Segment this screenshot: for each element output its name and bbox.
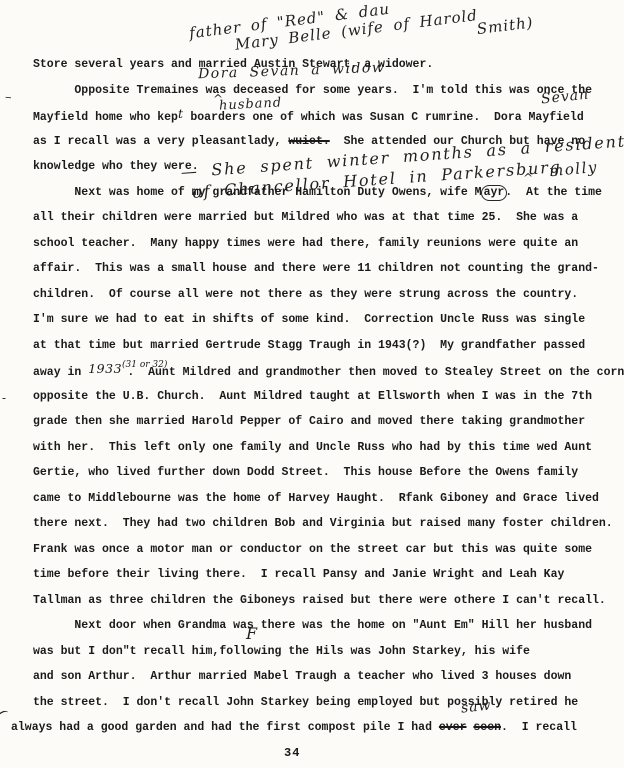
typed-text: opposite the U.B. Church. Aunt Mildred t… — [33, 390, 592, 403]
typed-line: affair. This was a small house and there… — [33, 256, 624, 282]
typed-text: Next was home of my grandfather Hamilton… — [33, 186, 482, 199]
typed-line: away in 1933(31 or 32). Aunt Mildred and… — [33, 358, 624, 384]
typed-text: Opposite Tremaines was deceased for some… — [33, 84, 592, 97]
typed-line: grade then she married Harold Pepper of … — [33, 409, 624, 435]
typed-text: came to Middlebourne was the home of Har… — [33, 492, 599, 505]
typed-text: children. Of course all were not there a… — [33, 288, 578, 301]
typed-line: time before their living there. I recall… — [33, 562, 624, 588]
typed-text: Mayfield home who kep — [33, 111, 178, 124]
typed-line: knowledge who they were. — [33, 154, 624, 180]
typed-text: Next door when Grandma was there was the… — [33, 619, 592, 632]
typed-line: always had a good garden and had the fir… — [11, 715, 624, 741]
typed-line: as I recall was a very pleasantlady, wui… — [33, 129, 624, 155]
typed-text: Frank was once a motor man or conductor … — [33, 543, 592, 556]
typed-text: I'm sure we had to eat in shifts of some… — [33, 313, 585, 326]
typed-line: Next was home of my grandfather Hamilton… — [33, 180, 624, 206]
typed-text: time before their living there. I recall… — [33, 568, 564, 581]
typed-line: with her. This left only one family and … — [33, 435, 624, 461]
typed-text: all their children were married but Mild… — [33, 211, 578, 224]
stray-pen-mark: ( — [0, 708, 9, 720]
circled-text: ayr — [481, 185, 508, 201]
typed-text: . Aunt Mildred and grandmother then move… — [127, 366, 624, 379]
typed-text: always had a good garden and had the fir… — [11, 721, 439, 734]
typed-line: and son Arthur. Arthur married Mabel Tra… — [33, 664, 624, 690]
typed-line: Frank was once a motor man or conductor … — [33, 537, 624, 563]
typed-text: Store several years and married Austin S… — [33, 58, 433, 71]
typed-text: boarders one of which was Susan C rumrin… — [183, 111, 583, 124]
struck-out-text: wuiet. — [288, 135, 329, 148]
typed-text: there next. They had two children Bob an… — [33, 517, 613, 530]
typed-line: school teacher. Many happy times were ha… — [33, 231, 624, 257]
struck-out-text: seen — [473, 721, 501, 734]
typed-text: and son Arthur. Arthur married Mabel Tra… — [33, 670, 571, 683]
stray-pen-mark: – — [4, 90, 12, 106]
handwritten-inline-text: 1933 — [88, 361, 122, 376]
typed-text: the street. I don't recall John Starkey … — [33, 696, 578, 709]
typed-line: was but I don"t recall him,following the… — [33, 639, 624, 665]
typed-text: with her. This left only one family and … — [33, 441, 592, 454]
typed-text: . I recall — [501, 721, 577, 734]
typed-text: Gertie, who lived further down Dodd Stre… — [33, 466, 578, 479]
typed-text: school teacher. Many happy times were ha… — [33, 237, 578, 250]
typed-line: Next door when Grandma was there was the… — [33, 613, 624, 639]
typed-text: was but I don"t recall him,following the… — [33, 645, 530, 658]
typed-line: Tallman as three children the Giboneys r… — [33, 588, 624, 614]
typed-line: the street. I don't recall John Starkey … — [33, 690, 624, 716]
page-number: 34 — [284, 746, 300, 760]
typed-line: came to Middlebourne was the home of Har… — [33, 486, 624, 512]
typed-line: Mayfield home who kept boarders one of w… — [33, 103, 624, 129]
typed-text: at that time but married Gertrude Stagg … — [33, 339, 585, 352]
typed-text: Tallman as three children the Giboneys r… — [33, 594, 606, 607]
typed-line: children. Of course all were not there a… — [33, 282, 624, 308]
typed-text: . At the time — [505, 186, 602, 199]
typed-line: Store several years and married Austin S… — [33, 52, 624, 78]
typed-line: Gertie, who lived further down Dodd Stre… — [33, 460, 624, 486]
typed-text-block: Store several years and married Austin S… — [33, 52, 624, 741]
typed-text: as I recall was a very pleasantlady, — [33, 135, 288, 148]
typed-line: I'm sure we had to eat in shifts of some… — [33, 307, 624, 333]
stray-pen-mark: - — [2, 391, 6, 405]
typed-line: Opposite Tremaines was deceased for some… — [33, 78, 624, 104]
typed-text: grade then she married Harold Pepper of … — [33, 415, 585, 428]
typed-text: affair. This was a small house and there… — [33, 262, 599, 275]
typed-line: there next. They had two children Bob an… — [33, 511, 624, 537]
struck-out-text: ever — [439, 721, 467, 734]
handwritten-inline-text: t — [178, 106, 184, 121]
typed-line: all their children were married but Mild… — [33, 205, 624, 231]
typed-text: away in — [33, 366, 88, 379]
typed-text: knowledge who they were. — [33, 160, 199, 173]
typed-text: She attended our Church but have no — [330, 135, 585, 148]
typed-line: opposite the U.B. Church. Aunt Mildred t… — [33, 384, 624, 410]
handwritten-inline-text: (31 or 32) — [122, 353, 167, 379]
document-page: father of "Red" & dau Mary Belle (wife o… — [0, 0, 624, 768]
